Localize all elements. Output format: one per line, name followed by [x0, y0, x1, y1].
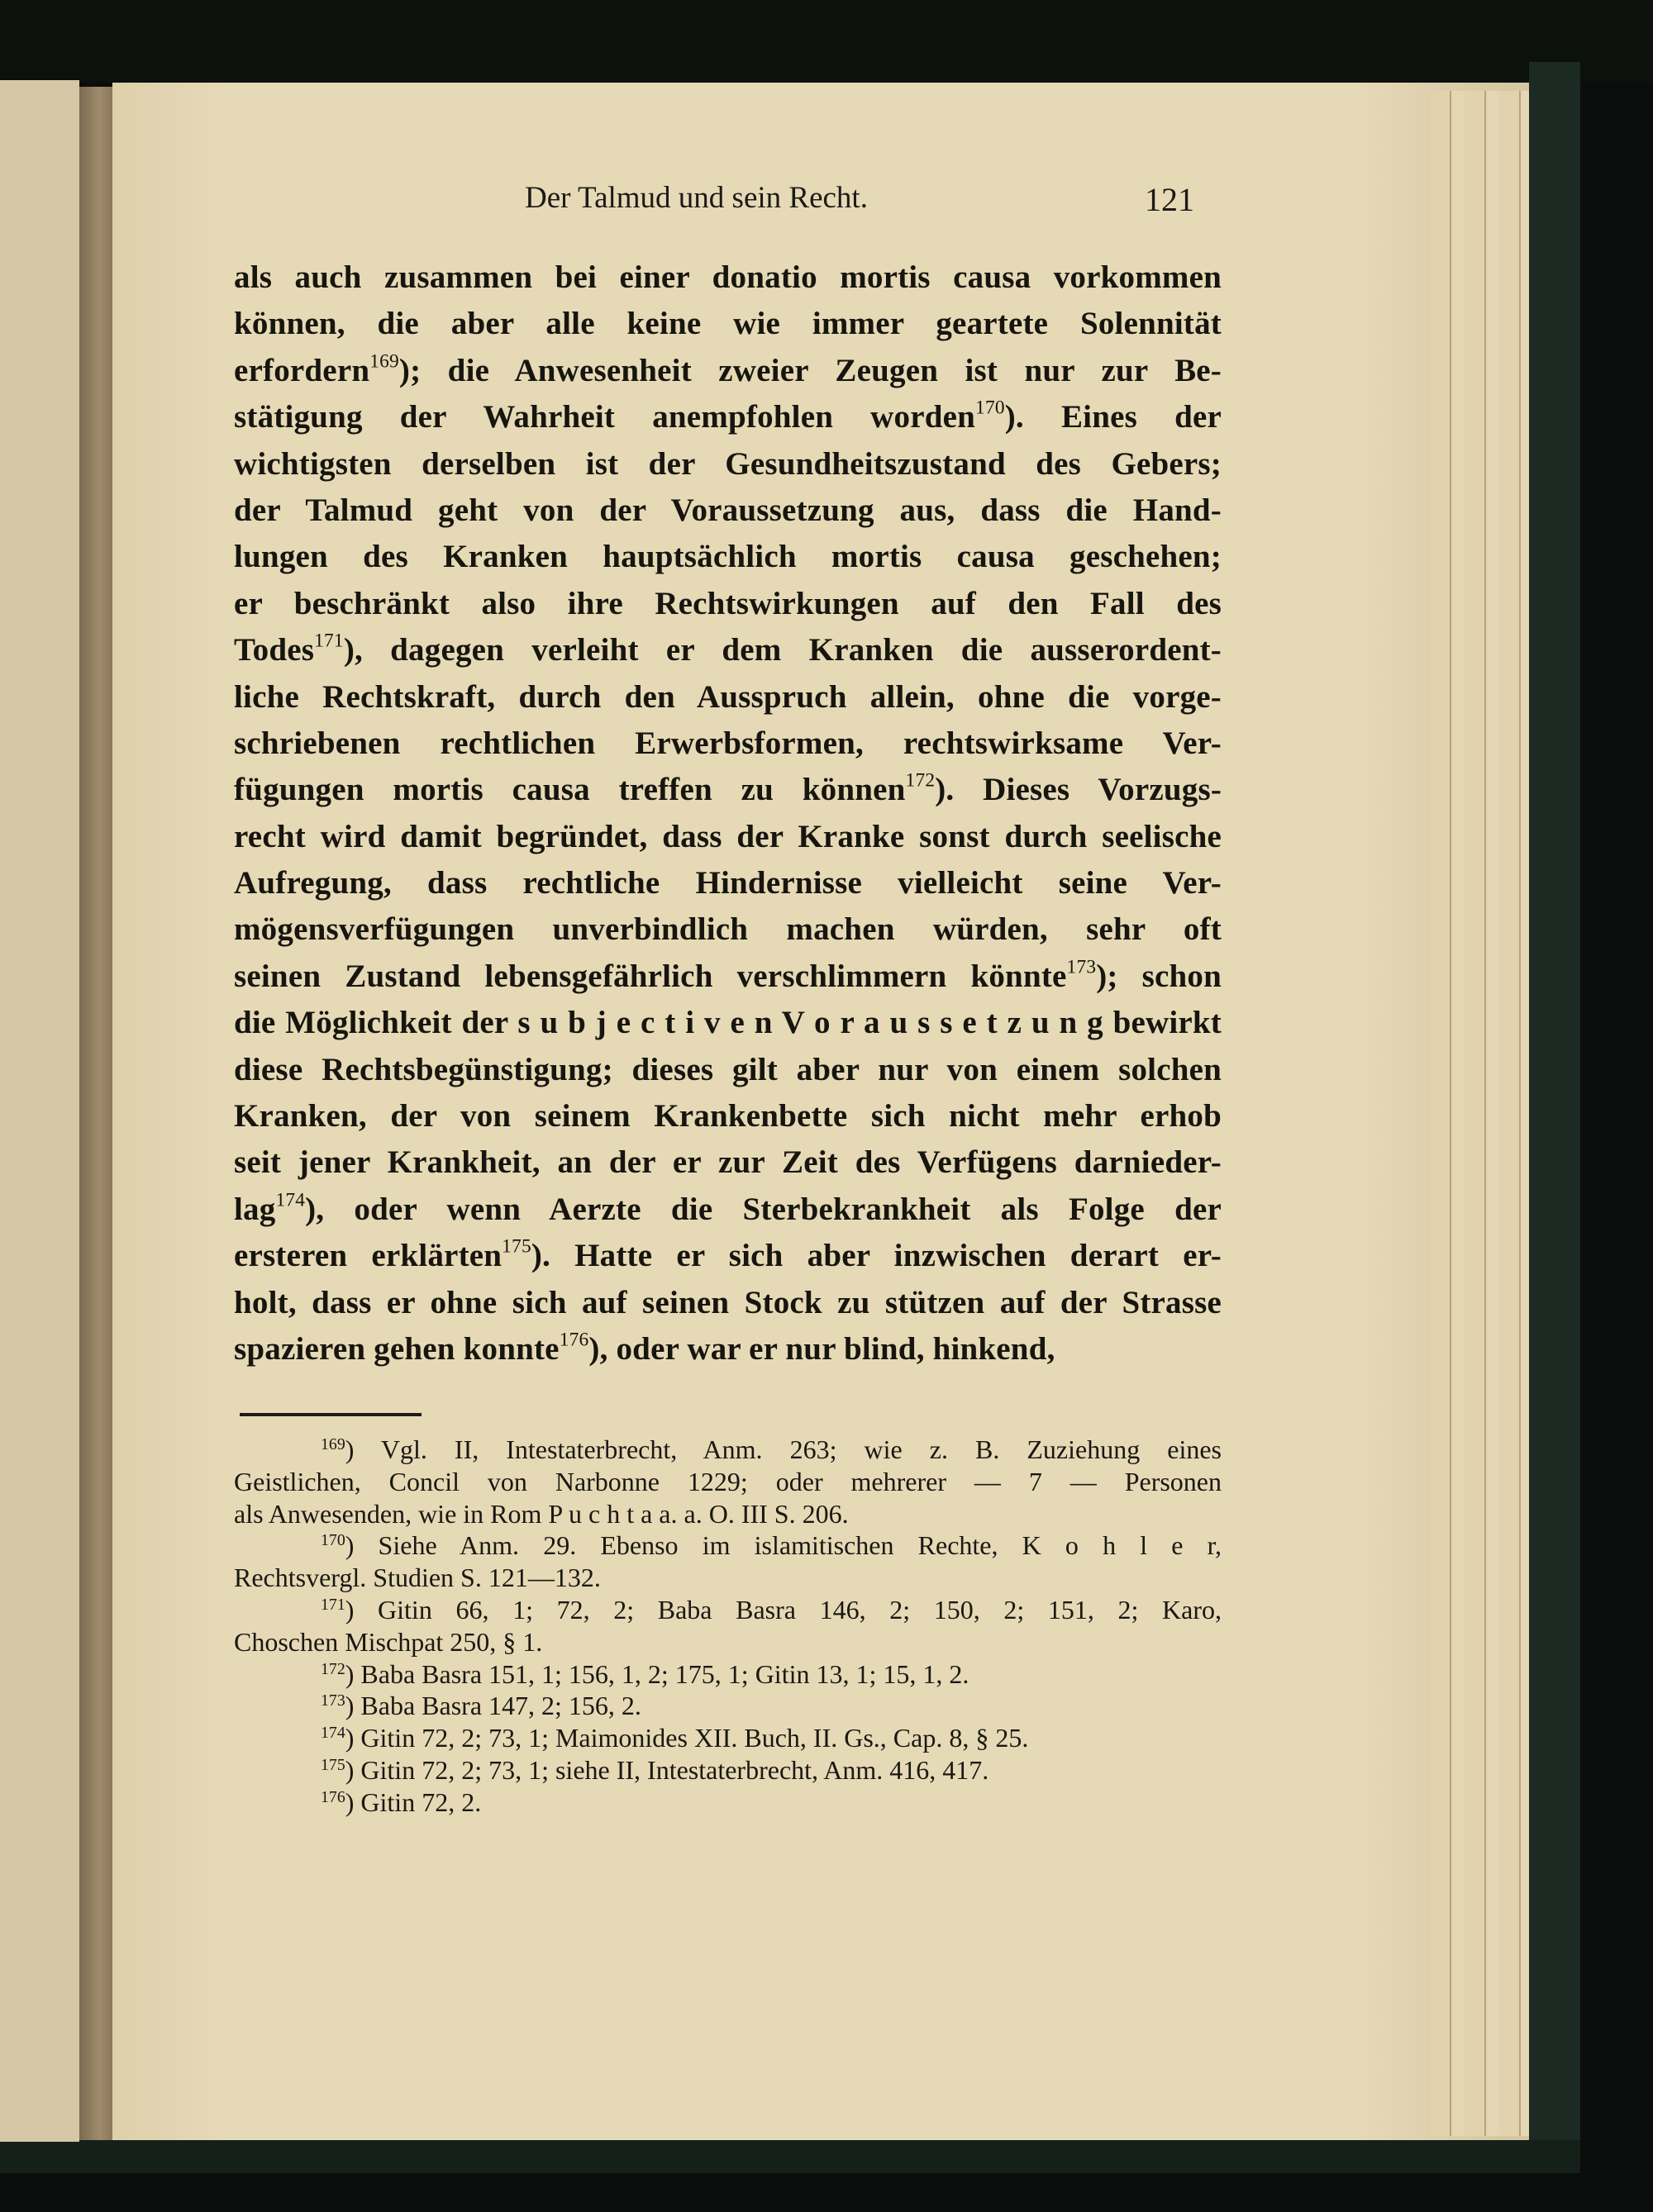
body-line-text: ). Hatte er sich aber inzwischen derart … — [531, 1238, 1222, 1273]
footnote-text: ) Gitin 66, 1; 72, 2; Baba Basra 146, 2;… — [345, 1595, 1222, 1625]
body-line: er beschränkt also ihre Rechtswirkungen … — [234, 581, 1222, 627]
body-line-text: erfordern — [234, 353, 369, 388]
body-line: spazieren gehen konnte176), oder war er … — [234, 1326, 1222, 1372]
body-line-text: wichtigsten derselben ist der Gesundheit… — [234, 446, 1222, 482]
footnote-reference[interactable]: 173 — [1067, 956, 1097, 978]
body-line-text: fügungen mortis causa treffen zu können — [234, 772, 906, 807]
book-gutter — [79, 87, 112, 2140]
footnote-reference[interactable]: 175 — [502, 1236, 531, 1258]
body-line: holt, dass er ohne sich auf seinen Stock… — [234, 1280, 1222, 1326]
body-line: diese Rechtsbegünstigung; dieses gilt ab… — [234, 1047, 1222, 1093]
body-line-text: können, die aber alle keine wie immer ge… — [234, 306, 1222, 341]
footnote-number: 171 — [321, 1596, 345, 1614]
footnote-number: 172 — [321, 1660, 345, 1678]
body-line: seinen Zustand lebensgefährlich verschli… — [234, 954, 1222, 1000]
footnote-reference[interactable]: 172 — [906, 770, 936, 792]
body-line: lungen des Kranken hauptsächlich mortis … — [234, 534, 1222, 580]
page-number: 121 — [1145, 180, 1194, 219]
body-line: seit jener Krankheit, an der er zur Zeit… — [234, 1139, 1222, 1186]
body-line-text: Todes — [234, 632, 314, 668]
footnote-text: Choschen Mischpat 250, § 1. — [234, 1627, 542, 1657]
body-line-text: ); die Anwesenheit zweier Zeugen ist nur… — [399, 353, 1222, 388]
body-line-text: holt, dass er ohne sich auf seinen Stock… — [234, 1285, 1222, 1320]
footnote-continuation: Rechtsvergl. Studien S. 121—132. — [234, 1562, 1222, 1594]
footnote-continuation: Geistlichen, Concil von Narbonne 1229; o… — [234, 1466, 1222, 1498]
footnote-reference[interactable]: 169 — [369, 350, 399, 372]
book-cover-right-edge — [1529, 62, 1580, 2169]
body-line-text: ), oder war er nur blind, hinkend, — [588, 1331, 1055, 1367]
body-line-text: ), oder wenn Aerzte die Sterbekrankheit … — [305, 1192, 1222, 1227]
footnote-reference[interactable]: 170 — [975, 397, 1005, 419]
body-line-text: Kranken, der von seinem Krankenbette sic… — [234, 1098, 1222, 1134]
body-line: ersteren erklärten175). Hatte er sich ab… — [234, 1233, 1222, 1279]
previous-page-edge — [0, 80, 79, 2142]
body-line-text: seit jener Krankheit, an der er zur Zeit… — [234, 1144, 1222, 1180]
footnote-text: ) Siehe Anm. 29. Ebenso im islamitischen… — [345, 1530, 1222, 1560]
body-line-text: der Talmud geht von der Voraussetzung au… — [234, 492, 1222, 528]
footnote-text: als Anwesenden, wie in Rom P u c h t a a… — [234, 1499, 849, 1529]
body-line: als auch zusammen bei einer donatio mort… — [234, 254, 1222, 301]
body-line-text: schriebenen rechtlichen Erwerbsformen, r… — [234, 725, 1222, 761]
footnote-entry: 171) Gitin 66, 1; 72, 2; Baba Basra 146,… — [234, 1594, 1222, 1626]
body-line: mögensverfügungen unverbindlich machen w… — [234, 906, 1222, 953]
body-line-text: stätigung der Wahrheit anempfohlen worde… — [234, 399, 975, 435]
footnote-number: 169 — [321, 1435, 345, 1453]
footnote-continuation: als Anwesenden, wie in Rom P u c h t a a… — [234, 1498, 1222, 1530]
body-line-text: er beschränkt also ihre Rechtswirkungen … — [234, 586, 1222, 621]
body-line: schriebenen rechtlichen Erwerbsformen, r… — [234, 721, 1222, 767]
body-line-text: ersteren erklärten — [234, 1238, 502, 1273]
footnote-number: 174 — [321, 1724, 345, 1742]
body-line: können, die aber alle keine wie immer ge… — [234, 301, 1222, 347]
body-text: als auch zusammen bei einer donatio mort… — [234, 254, 1222, 1372]
footnote-number: 175 — [321, 1756, 345, 1774]
body-line-text: als auch zusammen bei einer donatio mort… — [234, 259, 1222, 295]
footnote-entry: 175) Gitin 72, 2; 73, 1; siehe II, Intes… — [234, 1754, 1222, 1786]
body-line-text: liche Rechtskraft, durch den Ausspruch a… — [234, 679, 1222, 715]
footnote-text: ) Baba Basra 151, 1; 156, 1, 2; 175, 1; … — [345, 1659, 969, 1689]
body-line-text: ). Dieses Vorzugs- — [935, 772, 1222, 807]
body-line: liche Rechtskraft, durch den Ausspruch a… — [234, 674, 1222, 721]
body-line-text: die Möglichkeit der s u b j e c t i v e … — [234, 1005, 1222, 1040]
footnote-entry: 172) Baba Basra 151, 1; 156, 1, 2; 175, … — [234, 1658, 1222, 1691]
footnote-separator — [240, 1413, 422, 1416]
footnote-entry: 174) Gitin 72, 2; 73, 1; Maimonides XII.… — [234, 1722, 1222, 1754]
footnote-entry: 173) Baba Basra 147, 2; 156, 2. — [234, 1690, 1222, 1722]
body-line: lag174), oder wenn Aerzte die Sterbekran… — [234, 1187, 1222, 1233]
footnote-text: ) Gitin 72, 2; 73, 1; Maimonides XII. Bu… — [345, 1723, 1029, 1753]
footnote-text: ) Gitin 72, 2; 73, 1; siehe II, Intestat… — [345, 1755, 989, 1785]
body-line-text: seinen Zustand lebensgefährlich verschli… — [234, 959, 1067, 994]
footnote-number: 176 — [321, 1788, 345, 1806]
footnote-text: Geistlichen, Concil von Narbonne 1229; o… — [234, 1467, 1222, 1496]
footnote-number: 170 — [321, 1531, 345, 1549]
footnote-text: ) Gitin 72, 2. — [345, 1787, 481, 1817]
body-line-text: ). Eines der — [1005, 399, 1222, 435]
body-line: recht wird damit begründet, dass der Kra… — [234, 814, 1222, 860]
footnote-entry: 170) Siehe Anm. 29. Ebenso im islamitisc… — [234, 1529, 1222, 1562]
footnote-text: ) Vgl. II, Intestaterbrecht, Anm. 263; w… — [345, 1434, 1222, 1464]
footnote-text: ) Baba Basra 147, 2; 156, 2. — [345, 1691, 641, 1720]
page-stack-edges — [1430, 91, 1529, 2136]
footnote-reference[interactable]: 174 — [275, 1189, 305, 1211]
footnote-entry: 176) Gitin 72, 2. — [234, 1786, 1222, 1819]
body-line: Kranken, der von seinem Krankenbette sic… — [234, 1093, 1222, 1139]
footnotes: 169) Vgl. II, Intestaterbrecht, Anm. 263… — [234, 1434, 1222, 1819]
body-line: stätigung der Wahrheit anempfohlen worde… — [234, 394, 1222, 440]
body-line: der Talmud geht von der Voraussetzung au… — [234, 488, 1222, 534]
body-line-text: ), dagegen verleiht er dem Kranken die a… — [344, 632, 1222, 668]
body-line-text: ); schon — [1096, 959, 1222, 994]
footnote-reference[interactable]: 176 — [560, 1330, 589, 1351]
book-cover-bottom — [0, 2140, 1580, 2173]
body-line-text: diese Rechtsbegünstigung; dieses gilt ab… — [234, 1052, 1222, 1087]
body-line-text: mögensverfügungen unverbindlich machen w… — [234, 911, 1222, 947]
body-line: die Möglichkeit der s u b j e c t i v e … — [234, 1000, 1222, 1046]
body-line-text: spazieren gehen konnte — [234, 1331, 560, 1367]
footnote-entry: 169) Vgl. II, Intestaterbrecht, Anm. 263… — [234, 1434, 1222, 1466]
footnote-continuation: Choschen Mischpat 250, § 1. — [234, 1626, 1222, 1658]
body-line-text: Aufregung, dass rechtliche Hindernisse v… — [234, 865, 1222, 901]
body-line: Aufregung, dass rechtliche Hindernisse v… — [234, 860, 1222, 906]
footnote-text: Rechtsvergl. Studien S. 121—132. — [234, 1563, 601, 1592]
body-line-text: lag — [234, 1192, 275, 1227]
book-cover-top — [0, 0, 1653, 83]
running-title: Der Talmud und sein Recht. — [525, 180, 868, 216]
body-line-text: lungen des Kranken hauptsächlich mortis … — [234, 539, 1222, 574]
body-line-text: recht wird damit begründet, dass der Kra… — [234, 819, 1222, 854]
body-line: erfordern169); die Anwesenheit zweier Ze… — [234, 348, 1222, 394]
footnote-reference[interactable]: 171 — [314, 630, 344, 652]
body-line: fügungen mortis causa treffen zu können1… — [234, 767, 1222, 813]
body-line: Todes171), dagegen verleiht er dem Krank… — [234, 627, 1222, 673]
footnote-number: 173 — [321, 1691, 345, 1710]
body-line: wichtigsten derselben ist der Gesundheit… — [234, 441, 1222, 488]
